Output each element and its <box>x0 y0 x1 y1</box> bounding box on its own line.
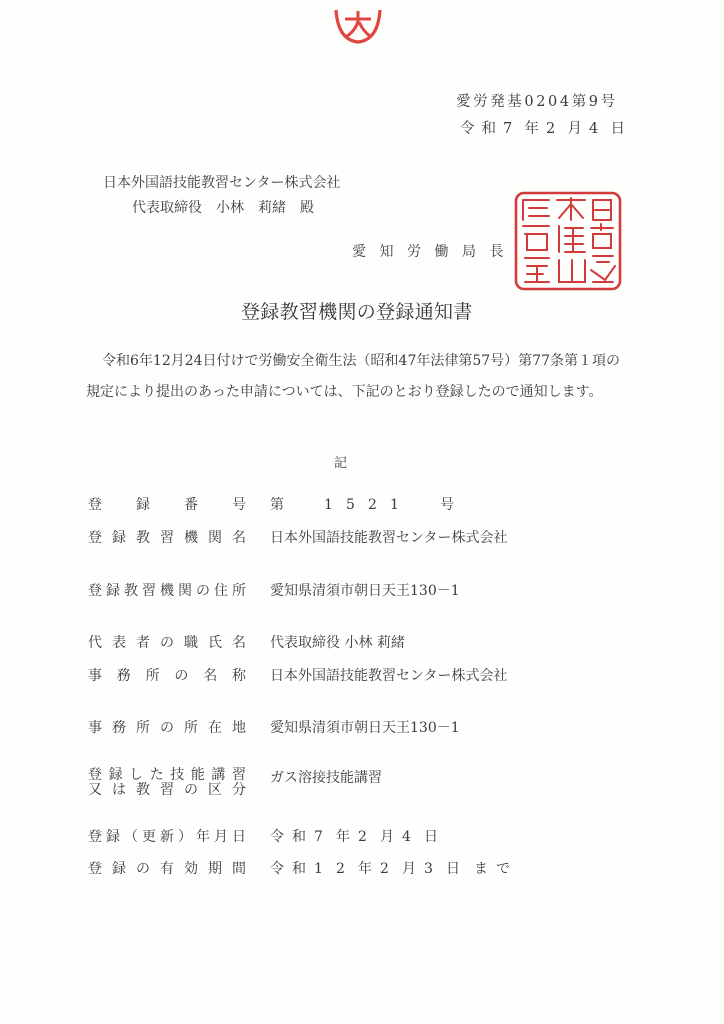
label-char: 登 <box>88 527 102 547</box>
label-char: 登 <box>88 826 102 846</box>
label-char: 教 <box>136 783 150 798</box>
label-char: 氏 <box>208 632 222 652</box>
value-char: 月 <box>380 826 402 846</box>
label-char: の <box>160 632 174 652</box>
label-char: 務 <box>112 717 126 737</box>
label-char: 講 <box>211 768 225 783</box>
label-char: 録 <box>112 858 126 878</box>
label-char: 登 <box>88 580 102 600</box>
label-char: の <box>160 717 174 737</box>
value-char: 1 <box>390 497 440 513</box>
issue-date: 令和7年2月4日 <box>460 117 632 138</box>
label-char: 月 <box>214 826 228 846</box>
body-text-line-2: 規定により提出のあった申請については、下記のとおり登録したので通知します。 <box>86 381 602 401</box>
label-char: 日 <box>232 826 246 846</box>
value-char: 和 <box>292 858 314 878</box>
value-validity-period: 令和12年2月3日まで <box>270 858 518 878</box>
label-char: 効 <box>184 858 198 878</box>
ki-heading: 記 <box>334 452 347 471</box>
value-office-name: 日本外国語技能教習センター株式会社 <box>270 665 507 685</box>
label-institution-name: 登録教習機関名 <box>88 527 246 547</box>
value-char: 令 <box>270 826 292 846</box>
label-char: た <box>150 768 164 783</box>
document-number: 愛労発基0204第9号 <box>456 90 618 111</box>
value-char: 号 <box>440 494 454 514</box>
date-char: 和 <box>482 117 504 138</box>
label-char: 事 <box>88 665 102 685</box>
body-text-line-1: 令和6年12月24日付けで労働安全衛生法（昭和47年法律第57号）第77条第１項… <box>102 350 620 370</box>
label-char: 名 <box>232 632 246 652</box>
value-char: で <box>496 858 518 878</box>
label-char: 地 <box>232 717 246 737</box>
value-char: 4 <box>402 829 424 845</box>
label-char: の <box>174 665 188 685</box>
label-char: 習 <box>232 768 246 783</box>
label-char: 者 <box>136 632 150 652</box>
label-char: 名 <box>203 665 217 685</box>
issuer-char: 知 <box>380 241 408 261</box>
date-char: 年 <box>525 117 547 138</box>
dai-character-stamp-icon <box>330 6 386 46</box>
label-char: 事 <box>88 717 102 737</box>
value-char: 1 <box>324 497 346 513</box>
value-office-location: 愛知県清須市朝日天王130－1 <box>270 717 460 737</box>
label-char: 表 <box>112 632 126 652</box>
label-char: の <box>196 580 210 600</box>
label-validity-period: 登録の有効期間 <box>88 858 246 878</box>
addressee-person: 代表取締役 小林 莉緒 殿 <box>132 197 314 217</box>
label-char: 所 <box>184 717 198 737</box>
value-char: 年 <box>358 858 380 878</box>
issuer-char: 労 <box>407 241 435 261</box>
value-registration-date: 令和7年2月4日 <box>270 826 446 846</box>
label-char: ） <box>178 826 192 846</box>
value-institution-name: 日本外国語技能教習センター株式会社 <box>270 527 507 547</box>
label-char: 習 <box>160 783 174 798</box>
label-char: は <box>112 783 126 798</box>
label-char: し <box>129 768 143 783</box>
label-char: 登 <box>88 768 102 783</box>
value-char: 年 <box>336 826 358 846</box>
value-char: 第 <box>270 494 324 514</box>
label-office-location: 事務所の所在地 <box>88 717 246 737</box>
label-char: 住 <box>214 580 228 600</box>
label-char: 録 <box>112 527 126 547</box>
label-char: 在 <box>208 717 222 737</box>
date-char: 月 <box>568 117 590 138</box>
value-char: 1 <box>314 861 336 877</box>
value-char: 日 <box>446 858 474 878</box>
label-char: 録 <box>106 826 120 846</box>
label-char: 務 <box>117 665 131 685</box>
value-course-category: ガス溶接技能講習 <box>270 767 382 787</box>
label-char: 関 <box>178 580 192 600</box>
label-char: 職 <box>184 632 198 652</box>
label-char: 教 <box>124 580 138 600</box>
label-char: 録 <box>109 768 123 783</box>
label-char: 所 <box>232 580 246 600</box>
value-registration-number: 第1521号 <box>270 494 454 514</box>
issuer-title: 愛知労働局長 <box>352 241 517 261</box>
label-registration-number: 登録番号 <box>88 494 246 514</box>
label-institution-address: 登録教習機関の住所 <box>88 580 246 600</box>
label-office-name: 事務所の名称 <box>88 665 246 685</box>
label-char: 又 <box>88 783 102 798</box>
label-char: 分 <box>232 783 246 798</box>
label-char: 名 <box>232 527 246 547</box>
label-char: の <box>184 783 198 798</box>
value-char: 2 <box>336 861 358 877</box>
value-char: 2 <box>380 861 402 877</box>
label-char: 能 <box>191 768 205 783</box>
label-char: 号 <box>232 494 246 514</box>
date-char: 4 <box>589 121 611 137</box>
label-char: 登 <box>88 858 102 878</box>
label-char: 有 <box>160 858 174 878</box>
label-char: 録 <box>136 494 150 514</box>
date-char: 7 <box>503 121 525 137</box>
document-title: 登録教習機関の登録通知書 <box>241 297 473 324</box>
label-char: 機 <box>184 527 198 547</box>
label-char: 所 <box>146 665 160 685</box>
value-char: 日 <box>424 826 446 846</box>
value-char: 3 <box>424 861 446 877</box>
label-course-category: 登録した技能講習 又は教習の区分 <box>88 768 246 798</box>
label-char: 代 <box>88 632 102 652</box>
label-char: 機 <box>160 580 174 600</box>
label-char: 関 <box>208 527 222 547</box>
issuer-char: 働 <box>435 241 463 261</box>
official-seal-icon <box>513 190 623 292</box>
label-char: 教 <box>136 527 150 547</box>
label-char: 称 <box>232 665 246 685</box>
label-char: 更 <box>142 826 156 846</box>
label-char: 所 <box>136 717 150 737</box>
value-institution-address: 愛知県清須市朝日天王130－1 <box>270 580 460 600</box>
issuer-char: 局 <box>462 241 490 261</box>
value-char: 令 <box>270 858 292 878</box>
label-char: 間 <box>232 858 246 878</box>
label-char: 習 <box>142 580 156 600</box>
date-char: 令 <box>460 117 482 138</box>
value-char: 月 <box>402 858 424 878</box>
value-char: 2 <box>368 497 390 513</box>
issuer-char: 愛 <box>352 241 380 261</box>
date-char: 日 <box>611 117 633 138</box>
label-representative: 代表者の職氏名 <box>88 632 246 652</box>
label-char: 期 <box>208 858 222 878</box>
label-char: の <box>136 858 150 878</box>
label-registration-date: 登録（更新）年月日 <box>88 826 246 846</box>
value-char: ま <box>474 858 496 878</box>
label-char: 習 <box>160 527 174 547</box>
label-char: 新 <box>160 826 174 846</box>
date-char: 2 <box>546 121 568 137</box>
label-char: 登 <box>88 494 102 514</box>
value-representative: 代表取締役 小林 莉緒 <box>270 632 405 652</box>
label-char: 技 <box>170 768 184 783</box>
value-char: 5 <box>346 497 368 513</box>
value-char: 2 <box>358 829 380 845</box>
value-char: 和 <box>292 826 314 846</box>
label-char: 区 <box>208 783 222 798</box>
label-line: 登録した技能講習 <box>88 768 246 783</box>
label-char: 録 <box>106 580 120 600</box>
label-char: 年 <box>196 826 210 846</box>
label-line: 又は教習の区分 <box>88 783 246 798</box>
label-char: （ <box>124 826 138 846</box>
addressee-company: 日本外国語技能教習センター株式会社 <box>103 172 340 192</box>
value-char: 7 <box>314 829 336 845</box>
label-char: 番 <box>184 494 198 514</box>
